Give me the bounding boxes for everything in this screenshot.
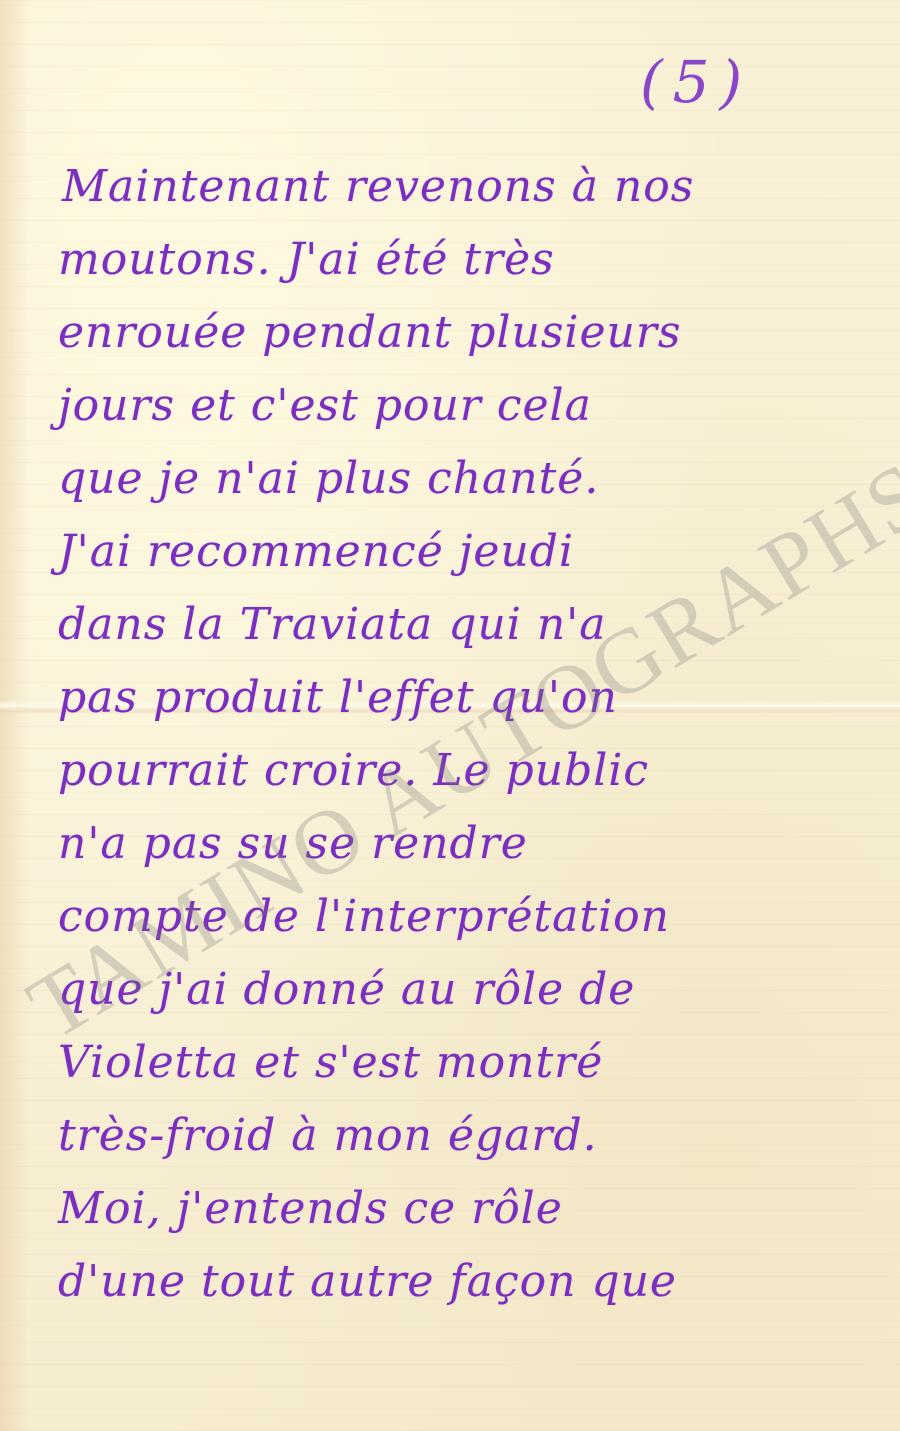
handwritten-line: très-froid à mon égard.: [58, 1099, 878, 1172]
letter-body: Maintenant revenons à nos moutons. J'ai …: [58, 150, 878, 1318]
paper-edge-shadow: [0, 0, 30, 1431]
handwritten-line: dans la Traviata qui n'a: [58, 588, 878, 661]
handwritten-line: moutons. J'ai été très: [58, 223, 878, 296]
handwritten-line: Violetta et s'est montré: [58, 1026, 878, 1099]
handwritten-line: Moi, j'entends ce rôle: [58, 1172, 878, 1245]
handwritten-line: pas produit l'effet qu'on: [58, 661, 878, 734]
handwritten-line: d'une tout autre façon que: [58, 1245, 878, 1318]
handwritten-line: Maintenant revenons à nos: [58, 150, 878, 223]
handwritten-line: que je n'ai plus chanté.: [58, 442, 878, 515]
handwritten-line: J'ai recommencé jeudi: [58, 515, 878, 588]
handwritten-line: que j'ai donné au rôle de: [58, 953, 878, 1026]
handwritten-line: jours et c'est pour cela: [58, 369, 878, 442]
page-number: (5): [640, 48, 752, 116]
letter-page: (5) Maintenant revenons à nos moutons. J…: [0, 0, 900, 1431]
handwritten-line: enrouée pendant plusieurs: [58, 296, 878, 369]
handwritten-line: pourrait croire. Le public: [58, 734, 878, 807]
handwritten-line: compte de l'interprétation: [58, 880, 878, 953]
handwritten-line: n'a pas su se rendre: [58, 807, 878, 880]
